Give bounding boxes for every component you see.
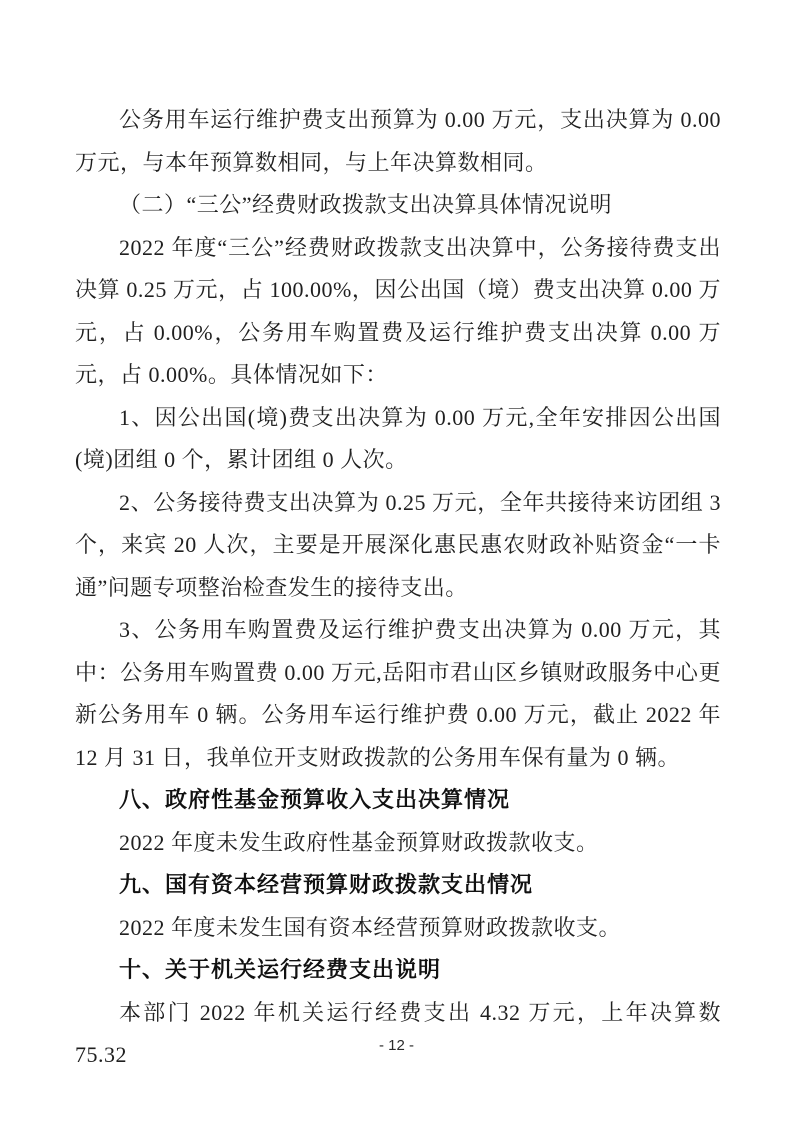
document-body: 公务用车运行维护费支出预算为 0.00 万元，支出决算为 0.00 万元，与本年… (75, 99, 721, 1077)
section-heading-10-operating-expense: 十、关于机关运行经费支出说明 (75, 949, 721, 992)
document-page: 公务用车运行维护费支出预算为 0.00 万元，支出决算为 0.00 万元，与本年… (0, 0, 793, 1122)
paragraph-operating-expense-intro: 本部门 2022 年机关运行经费支出 4.32 万元，上年决算数 75.32 (75, 992, 721, 1077)
paragraph-state-capital-note: 2022 年度未发生国有资本经营预算财政拨款收支。 (75, 907, 721, 950)
paragraph-item-1-abroad-expense: 1、因公出国(境)费支出决算为 0.00 万元,全年安排因公出国(境)团组 0 … (75, 397, 721, 482)
section-heading-8-government-fund: 八、政府性基金预算收入支出决算情况 (75, 779, 721, 822)
paragraph-item-2-reception-expense: 2、公务接待费支出决算为 0.25 万元，全年共接待来访团组 3 个，来宾 20… (75, 482, 721, 610)
page-number: - 12 - (0, 1036, 793, 1056)
paragraph-government-fund-note: 2022 年度未发生政府性基金预算财政拨款收支。 (75, 822, 721, 865)
paragraph-three-public-overview: 2022 年度“三公”经费财政拨款支出决算中，公务接待费支出决算 0.25 万元… (75, 227, 721, 397)
paragraph-item-3-vehicle-expense: 3、公务用车购置费及运行维护费支出决算为 0.00 万元，其中：公务用车购置费 … (75, 609, 721, 779)
paragraph-section-2-subtitle: （二）“三公”经费财政拨款支出决算具体情况说明 (75, 184, 721, 227)
paragraph-vehicle-maintenance-summary: 公务用车运行维护费支出预算为 0.00 万元，支出决算为 0.00 万元，与本年… (75, 99, 721, 184)
section-heading-9-state-capital: 九、国有资本经营预算财政拨款支出情况 (75, 864, 721, 907)
